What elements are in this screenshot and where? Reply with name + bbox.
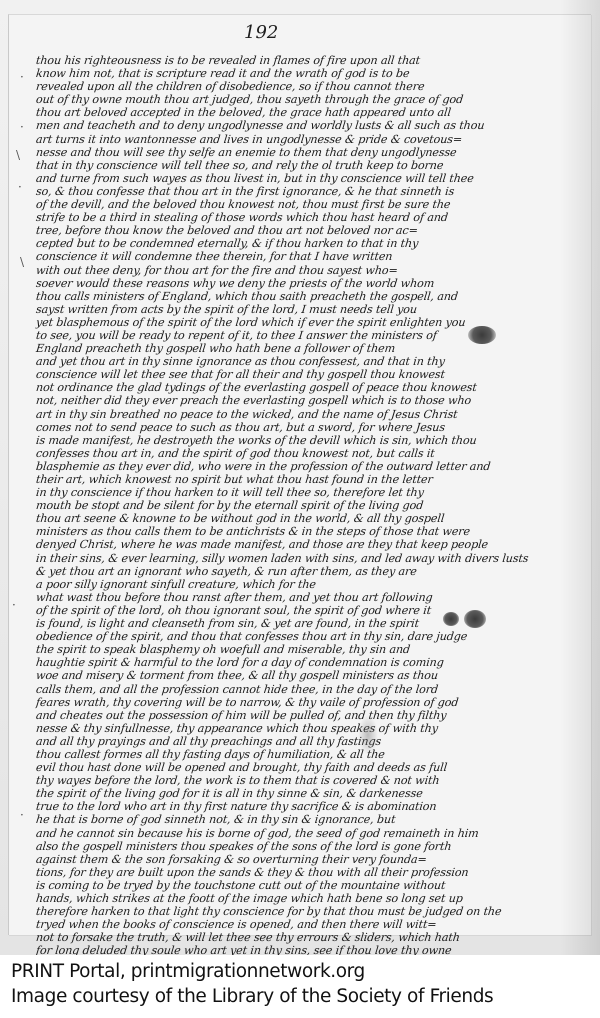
manuscript-line: art in thy sin breathed no peace to the …: [35, 408, 580, 421]
manuscript-line: in thy conscience if thou harken to it w…: [35, 486, 580, 499]
manuscript-line: of the spirit of the lord, oh thou ignor…: [35, 604, 580, 617]
manuscript-line: tree, before thou know the beloved and t…: [35, 224, 580, 237]
margin-mark: ·: [12, 598, 16, 612]
manuscript-line: soever would these reasons why we deny t…: [35, 277, 580, 290]
manuscript-line: their art, which knowest no spirit but w…: [35, 473, 580, 486]
manuscript-line: not, neither did they ever preach the ev…: [35, 394, 580, 407]
manuscript-line: is coming to be tryed by the touchstone …: [35, 879, 580, 892]
manuscript-line: conscience it will condemne thee therein…: [35, 250, 580, 263]
manuscript-line: confesses thou art in, and the spirit of…: [35, 447, 580, 460]
manuscript-line: mouth be stopt and be silent for by the …: [35, 499, 580, 512]
margin-mark: \: [20, 255, 24, 269]
manuscript-line: of the devill, and the beloved thou know…: [35, 198, 580, 211]
manuscript-line: what wast thou before thou ranst after t…: [35, 591, 580, 604]
manuscript-line: for long deluded thy soule who art yet i…: [35, 944, 580, 955]
manuscript-line: know him not, that is scripture read it …: [35, 67, 580, 80]
manuscript-line: not ordinance the glad tydings of the ev…: [35, 381, 580, 394]
manuscript-line: in their sins, & ever learning, silly wo…: [35, 552, 580, 565]
manuscript-line: tions, for they are built upon the sands…: [35, 866, 580, 879]
manuscript-line: haughtie spirit & harmful to the lord fo…: [35, 656, 580, 669]
manuscript-line: to see, you will be ready to repent of i…: [35, 329, 580, 342]
manuscript-line: thou calls ministers of England, which t…: [35, 290, 580, 303]
manuscript-line: thou art seene & knowne to be without go…: [35, 512, 580, 525]
manuscript-line: cepted but to be condemned eternally, & …: [35, 237, 580, 250]
paper-stain: [358, 715, 378, 755]
manuscript-line: and turne from such wayes as thou livest…: [35, 172, 580, 185]
margin-mark: ·: [18, 180, 22, 194]
manuscript-line: tryed when the books of conscience is op…: [35, 918, 580, 931]
manuscript-text: thou his righteousness is to be revealed…: [36, 54, 580, 955]
manuscript-line: not to forsake the truth, & will let the…: [35, 931, 580, 944]
manuscript-line: is made manifest, he destroyeth the work…: [35, 434, 580, 447]
manuscript-line: blasphemie as they ever did, who were in…: [35, 460, 580, 473]
manuscript-line: the spirit to speak blasphemy oh woefull…: [35, 643, 580, 656]
manuscript-line: nesse & thy sinfullnesse, thy appearance…: [35, 722, 580, 735]
manuscript-line: that in thy conscience will tell thee so…: [35, 159, 580, 172]
manuscript-line: thou callest formes all thy fasting days…: [35, 748, 580, 761]
manuscript-line: thou art beloved accepted in the beloved…: [35, 106, 580, 119]
manuscript-line: so, & thou confesse that thou art in the…: [35, 185, 580, 198]
manuscript-line: is found, is light and cleanseth from si…: [35, 617, 580, 630]
manuscript-line: conscience will let thee see that for al…: [35, 368, 580, 381]
manuscript-line: denyed Christ, where he was made manifes…: [35, 538, 580, 551]
margin-mark: ·: [20, 120, 24, 134]
manuscript-line: and yet thou art in thy sinne ignorance …: [35, 355, 580, 368]
ink-blot: [464, 610, 486, 628]
manuscript-line: comes not to send peace to such as thou …: [35, 421, 580, 434]
manuscript-line: strife to be a third in stealing of thos…: [35, 211, 580, 224]
image-credit-caption: PRINT Portal, printmigrationnetwork.org …: [11, 959, 591, 1009]
margin-mark: \: [16, 148, 20, 162]
manuscript-line: he that is borne of god sinneth not, & i…: [35, 813, 580, 826]
manuscript-line: a poor silly ignorant sinfull creature, …: [35, 578, 580, 591]
manuscript-line: yet blasphemous of the spirit of the lor…: [35, 316, 580, 329]
manuscript-line: also the gospell ministers thou speakes …: [35, 840, 580, 853]
manuscript-line: ministers as thou calls them to be antic…: [35, 525, 580, 538]
manuscript-scan: 192 thou his righteousness is to be reve…: [0, 0, 600, 955]
manuscript-line: the spirit of the living god for it is a…: [35, 787, 580, 800]
manuscript-line: and cheates out the possession of him wi…: [35, 709, 580, 722]
margin-mark: ·: [20, 808, 24, 822]
manuscript-line: obedience of the spirit, and thou that c…: [35, 630, 580, 643]
manuscript-line: revealed upon all the children of disobe…: [35, 80, 580, 93]
manuscript-line: thou his righteousness is to be revealed…: [35, 54, 580, 67]
credit-source: PRINT Portal, printmigrationnetwork.org: [11, 959, 591, 984]
manuscript-line: nesse and thou will see thy selfe an ene…: [35, 146, 580, 159]
manuscript-line: sayst written from acts by the spirit of…: [35, 303, 580, 316]
manuscript-line: & yet thou art an ignorant who sayeth, &…: [35, 565, 580, 578]
manuscript-line: England preacheth thy gospell who hath b…: [35, 342, 580, 355]
manuscript-line: therefore harken to that light thy consc…: [35, 905, 580, 918]
ink-blot: [443, 612, 459, 626]
manuscript-line: feares wrath, thy covering will be to na…: [35, 696, 580, 709]
credit-courtesy: Image courtesy of the Library of the Soc…: [11, 984, 591, 1009]
margin-mark: ·: [20, 70, 24, 84]
manuscript-line: evil thou hast done will be opened and b…: [35, 761, 580, 774]
manuscript-line: against them & the son forsaking & so ov…: [35, 853, 580, 866]
manuscript-line: art turns it into wantonnesse and lives …: [35, 133, 580, 146]
manuscript-line: calls them, and all the profession canno…: [35, 683, 580, 696]
manuscript-line: men and teacheth and to deny ungodlyness…: [35, 119, 580, 132]
ink-blot: [468, 326, 496, 344]
manuscript-line: hands, which strikes at the foott of the…: [35, 892, 580, 905]
manuscript-line: woe and misery & torment from thee, & al…: [35, 669, 580, 682]
manuscript-line: and all thy prayings and all thy preachi…: [35, 735, 580, 748]
manuscript-line: out of thy owne mouth thou art judged, t…: [35, 93, 580, 106]
manuscript-line: true to the lord who art in thy first na…: [35, 800, 580, 813]
manuscript-line: thy wayes before the lord, the work is t…: [35, 774, 580, 787]
manuscript-line: and he cannot sin because his is borne o…: [35, 827, 580, 840]
manuscript-line: with out thee deny, for thou art for the…: [35, 264, 580, 277]
folio-number: 192: [244, 22, 278, 43]
